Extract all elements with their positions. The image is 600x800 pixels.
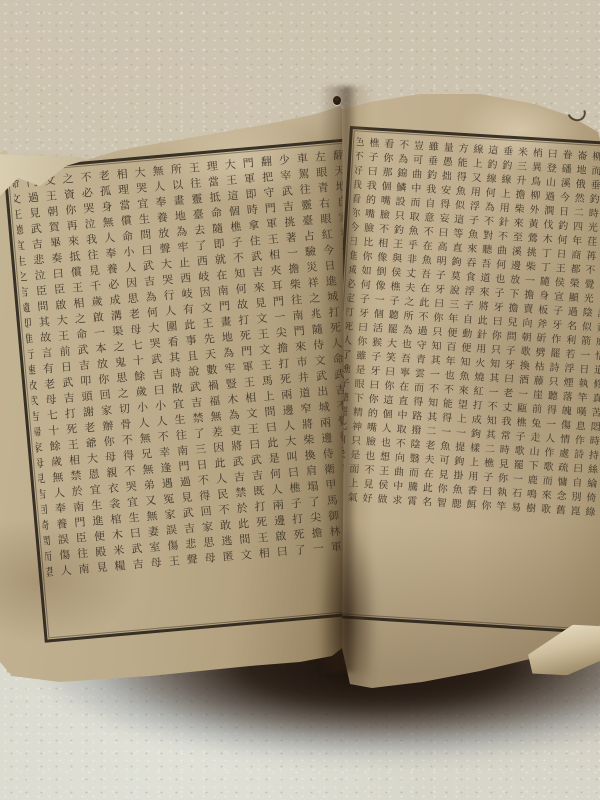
text-column: 量愚拙安得妄曰高明子牙曰你只知其一不知其二老夫在此名	[411, 140, 455, 616]
text-column: 柳而垂釣時光荏苒不覺光陰似箭一日執竿嘆息作詩曰自別崑	[559, 149, 600, 625]
text-column: 翻把守門軍王相夾耳門一尖擔打死兩邊人大叫曰樵子打死了	[255, 153, 313, 613]
photo-scene: 翻天地自家看子牙曰我看你面上氣色不好武吉聽罷叱曰我與左眼青右眼紅今日進城打死人命…	[0, 0, 600, 800]
text-column: 門軍即時拿住武吉來見文王文王馬上問曰此是何人兩邊啟曰	[237, 155, 295, 615]
text-column: 理當抵命隨即就在南門畫地為牢豎木為吏將武吉禁於此間文	[201, 158, 259, 618]
left-page: 翻天地自家看子牙曰我看你面上氣色不好武吉聽罷叱曰我與左眼青右眼紅今日進城打死人命…	[0, 100, 352, 692]
text-column: 大哭宜生問曰武吉為何大哭武吉曰小人不幸逢遇冤家誤傷王	[128, 164, 186, 624]
text-column: 老孤身無人奉養必成溝渠之鬼思之切骨不得不哭宜生曰武吉	[92, 167, 150, 627]
gutter-bottom-shadow	[318, 520, 378, 690]
text-column: 大王這個樵子不知何故打死門軍王相文王曰武吉既打死王相	[219, 156, 277, 616]
text-column: 話說子牙去罷宋異人借土遁救了軍民隱於磻溪垂釣渭水子牙	[589, 150, 600, 626]
text-column: 垂釣線上用針不曲何也子牙曰你只知其一不知其二樵子曰你	[470, 143, 514, 619]
text-column: 曰登山過澗伐木丁丁隨身板斧斫劈枯藤崖前兔走山下鹿鳴樹	[515, 146, 559, 622]
text-column: 雖垂釣我自意不在魚吾在此不過守青雲而得路撥陰翳而騰霄	[396, 139, 440, 615]
text-column: 門過見武吉悲泣臣問其故言有老母七十餘歲無人奉養誤傷人	[20, 173, 78, 633]
text-column: 所以畫地為牢止西岐有此事且說武吉禁了三日不得回家思母	[164, 161, 222, 621]
text-column: 一意守時候命不管閒非日誦黃庭悟道修真苦悶時持絲綸倚綠	[574, 150, 600, 626]
text-column: 文王朝賀畢奏曰臣啟大王前日武吉打死王相禁於南門臣往南	[38, 172, 96, 632]
text-column: 崙地俄然二四年商都榮顯過名利若浮煙落魄傷情處疏慵念舊	[544, 148, 588, 624]
text-column: 相理當償命小人因思老母七十餘歲小人無兄無弟又無妻室母	[110, 166, 168, 626]
text-column: 不必哭泣我往見千歲啟一本放你回家辦你母親衣衾棺木米糧	[74, 169, 132, 629]
stitch-hole	[333, 96, 341, 105]
text-column: 方能得魚似這等直鉤莫說三年便百年也不能得一魚可見你智	[426, 140, 470, 616]
text-column: 無人奉養放聲大哭行人圍看其時散宜生往南門過見武吉悲聲	[146, 162, 204, 622]
text-column: 線上又用浮子魚來吞食浮子自動便知魚來望上一提鉤掛魚腮	[440, 141, 484, 617]
text-column: 梢異鳥柳外黃鶯挑柴一擔賣向朝歌換酒一甌樵子歌罷一石易	[500, 145, 544, 621]
text-column: 王往靈臺去了西岐因文王先天數禍福無差因此人民不敢逃匿	[183, 159, 241, 619]
text-column: 命文王聽宜生之言隨即准行速放武吉歸家母見吉回倚閭而望	[12, 175, 60, 634]
text-column: 眷磻溪今日釣何日王侯宣子牙作罷詩只聽得一人作歌而來歌	[530, 147, 574, 623]
text-column: 豈可曲中而取魚乎非丈夫之所為也吾寧在直中取不向曲中求	[381, 138, 425, 614]
text-column: 這釣線何為不對聽吾道來將此針用火燒紅打成鉤樣上用香餌	[455, 142, 499, 618]
text-column: 米三升擔柴來至溪邊放下擔兒問子牙曰老丈我常時見你執竿	[485, 144, 529, 620]
text-column: 之資你再來抵償王相之命武吉叩頭謝老爺大恩宜生進便殿見	[56, 170, 114, 630]
